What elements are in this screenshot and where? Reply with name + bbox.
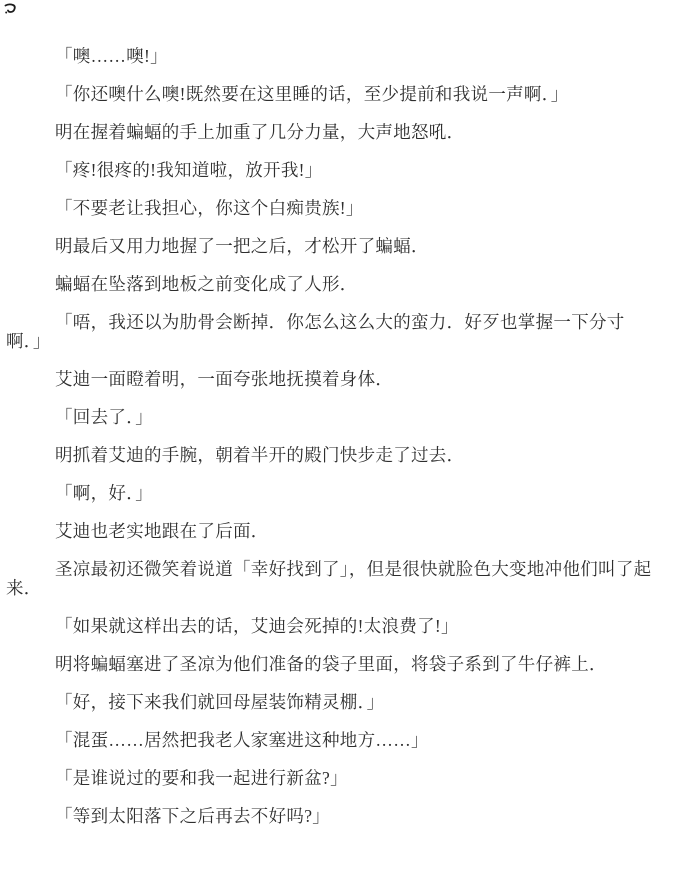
text-line: 「好，接下来我们就回母屋装饰精灵棚．」 xyxy=(6,693,654,712)
text-line: 「不要老让我担心，你这个白痴贵族!」 xyxy=(6,199,654,218)
text-line: 艾迪也老实地跟在了后面． xyxy=(6,522,654,541)
text-line: 「是谁说过的要和我一起进行新盆?」 xyxy=(6,769,654,788)
text-line: 「回去了．」 xyxy=(6,408,654,427)
text-line: 「如果就这样出去的话，艾迪会死掉的!太浪费了!」 xyxy=(6,617,654,636)
text-line: 「混蛋……居然把我老人家塞进这种地方……」 xyxy=(6,731,654,750)
novel-scan-page: 「噢……噢!」「你还噢什么噢!既然要在这里睡的话，至少提前和我说一声啊．」明在握… xyxy=(0,0,680,880)
text-line: 明最后又用力地握了一把之后，才松开了蝙蝠． xyxy=(6,237,654,256)
text-line: 「噢……噢!」 xyxy=(6,47,654,66)
text-line: 「你还噢什么噢!既然要在这里睡的话，至少提前和我说一声啊．」 xyxy=(6,85,654,104)
novel-text-block: 「噢……噢!」「你还噢什么噢!既然要在这里睡的话，至少提前和我说一声啊．」明在握… xyxy=(6,47,654,826)
text-line: 「唔，我还以为肋骨会断掉．你怎么这么大的蛮力．好歹也掌握一下分寸 xyxy=(6,313,654,332)
text-line: 「等到太阳落下之后再去不好吗?」 xyxy=(6,807,654,826)
text-line: 蝙蝠在坠落到地板之前变化成了人形． xyxy=(6,275,654,294)
text-line-continuation: 来． xyxy=(6,579,654,598)
text-line: 「啊，好．」 xyxy=(6,484,654,503)
text-line: 「疼!很疼的!我知道啦，放开我!」 xyxy=(6,161,654,180)
text-line: 明抓着艾迪的手腕，朝着半开的殿门快步走了过去． xyxy=(6,446,654,465)
text-line-continuation: 啊．」 xyxy=(6,332,654,351)
text-line: 圣凉最初还微笑着说道「幸好找到了」，但是很快就脸色大变地冲他们叫了起 xyxy=(6,560,654,579)
text-line: 明将蝙蝠塞进了圣凉为他们准备的袋子里面，将袋子系到了牛仔裤上． xyxy=(6,655,654,674)
stray-ink-scan-mark xyxy=(4,3,17,15)
text-line: 明在握着蝙蝠的手上加重了几分力量，大声地怒吼． xyxy=(6,123,654,142)
text-line: 艾迪一面瞪着明，一面夸张地抚摸着身体． xyxy=(6,370,654,389)
